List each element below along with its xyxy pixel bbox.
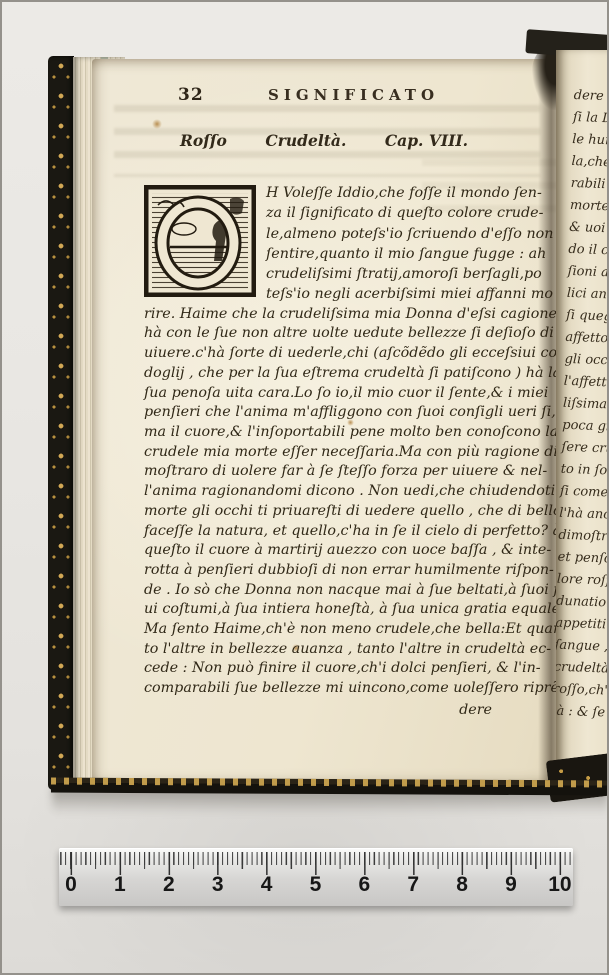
text-line: uiuere.c'hà ſorte di uederle,chi (aſcõdẽ… [144,344,554,364]
running-header: SIGNIFICATO [268,86,439,104]
text-line: hà con le ſue non altre uolte uedute bel… [144,324,554,344]
text-fragment: liſsima.Con [563,393,609,417]
book-photograph: 32 SIGNIFICATO RoſſoCrudeltà.Cap. VIII. [0,0,609,975]
text-fragment: ſi come il c [560,481,609,505]
left-page: 32 SIGNIFICATO RoſſoCrudeltà.Cap. VIII. [92,59,588,787]
text-fragment: affetto in D [565,327,609,351]
text-fragment: roſſo,ch'al [556,679,609,703]
text-fragment: & uoi di co [569,217,609,241]
ruler-numbers: 012345678910 [71,873,560,897]
text-fragment: ſangue , ch [556,635,609,659]
body-text: H Voleſſe Iddio,che foſſe il mondo ſen-z… [144,183,554,721]
text-fragment: et penſo ch [557,547,609,571]
text-fragment: rabili allegr [570,173,609,197]
chapter-heading-part: Crudeltà. [265,131,346,150]
text-fragment: lici anime , [566,283,609,307]
text-fragment: lore roſſo [556,569,609,593]
chapter-heading: RoſſoCrudeltà.Cap. VIII. [180,131,468,150]
text-line: ui coſtumi,à ſua intiera honeſtà, à ſua … [144,600,554,620]
page-number: 32 [178,85,204,105]
text-fragment: dunatione [556,591,609,615]
text-line: faceſſe la natura, et quello,c'ha in ſe … [144,522,554,542]
chapter-heading-part: Cap. VIII. [385,131,468,150]
centimeter-ticks [59,852,573,875]
text-fragment: do il cielo à [568,239,609,263]
text-fragment: l'affettuoſo [563,371,609,395]
chapter-heading-part: Roſſo [180,131,227,150]
text-line: ſua penoſa uita cara.Lo ſo io,il mio cuo… [144,384,554,404]
facing-page-text-fragments: dere il cuoreſi la Donnale humile ſila,c… [556,85,609,725]
centimeter-ruler: 012345678910 [59,848,573,906]
text-line: de . Io sò che Donna non nacque mai à ſu… [144,581,554,601]
text-fragment: le humile ſi [572,129,609,153]
foxing-spot [152,119,162,129]
text-fragment: dere il cuore [573,85,609,109]
text-fragment: poca gioia [562,415,609,439]
text-line: crudele mia morte eſſer neceſſaria.Ma co… [144,443,554,463]
text-line: to l'altre in bellezze auanza , tanto l'… [144,640,554,660]
text-line: Ma ſento Haime,ch'è non meno crudele,che… [144,620,554,640]
text-line: cede : Non può finire il cuore,ch'i dolc… [144,659,554,679]
text-fragment: morte gli oc [570,195,609,219]
text-fragment: appetiti d [556,613,609,637]
text-line: penſieri che l'anima m'affliggono con ſu… [144,403,554,423]
gilt-binding-edge [48,56,74,790]
text-fragment: to in ſorte [560,459,609,483]
text-fragment: ià : & ſe u [556,701,609,725]
text-fragment: l'hà anco ſp [559,503,609,527]
text-fragment: la,che ſentir [571,151,609,175]
text-fragment: gli occhi è l [564,349,609,373]
text-line: comparabili ſue bellezze mi uincono,come… [144,679,554,699]
woodcut-initial-o-icon [144,185,256,297]
text-fragment: ſi la Donna [573,107,609,131]
text-line: rire. Haime che la crudeliſsima mia Donn… [144,305,554,325]
gilt-bottom-edge [51,778,607,796]
catchword: dere [144,699,554,721]
text-fragment: crudeltà, c [556,657,609,681]
text-fragment: ſioni alle uo [567,261,609,285]
text-line: ma il cuore,& l'inſoportabili pene molto… [144,423,554,443]
text-line: doglij , che per la ſua eſtrema crudeltà… [144,364,554,384]
text-line: l'anima ragionandomi dicono . Non uedi,c… [144,482,554,502]
facing-page-curled-edge: dere il cuoreſi la Donnale humile ſila,c… [556,50,609,784]
open-book: 32 SIGNIFICATO RoſſoCrudeltà.Cap. VIII. [46,40,609,808]
paragraph-lines-full-width: rire. Haime che la crudeliſsima mia Donn… [144,305,554,699]
text-fragment: ſere crudel [561,437,609,461]
text-line: morte gli occhi ti priuareſti di uedere … [144,502,554,522]
text-line: moſtraro di uolere far à ſe ſteſſo forza… [144,462,554,482]
text-line: rotta à penſieri dubbioſi di non errar h… [144,561,554,581]
text-line: queſto il cuore à martirij auezzo con uo… [144,541,554,561]
text-fragment: ſi quegli sfo [566,305,609,329]
text-fragment: dimoſtri , [558,525,609,549]
